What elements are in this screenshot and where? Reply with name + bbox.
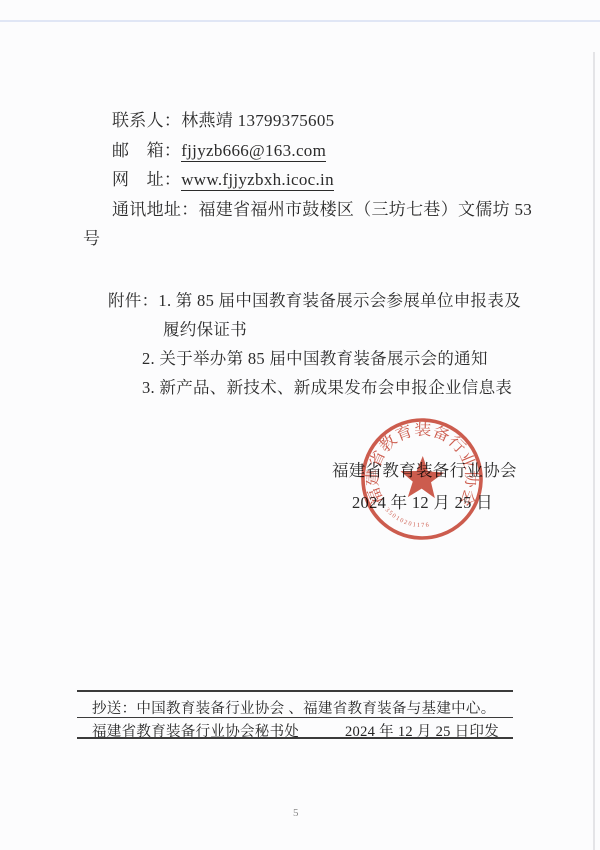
attachment-line-3: 3. 新产品、新技术、新成果发布会申报企业信息表 (142, 378, 512, 398)
attachment-item-2: 2. 关于举办第 85 届中国教育装备展示会的通知 (142, 349, 488, 368)
scan-artifact-vertical-line (593, 52, 595, 850)
address-value: 福建省福州市鼓楼区（三坊七巷）文儒坊 53 (199, 200, 533, 219)
official-seal: 福建省教育装备行业协会 35010201176 (356, 413, 488, 545)
address-overflow-line: 号 (83, 229, 100, 249)
address-line: 通讯地址：福建省福州市鼓楼区（三坊七巷）文儒坊 53 (112, 200, 532, 220)
seal-star-icon (399, 455, 444, 498)
website-value: www.fjjyzbxh.icoc.in (181, 170, 334, 191)
attachment-item-1: 1. 第 85 届中国教育装备展示会参展单位申报表及 (158, 291, 521, 310)
footer-rule-top (77, 690, 513, 692)
email-label: 邮 箱： (112, 141, 181, 160)
contact-person-line: 联系人：林燕靖 13799375605 (112, 111, 334, 131)
website-label: 网 址： (112, 170, 181, 189)
attachments-heading: 附件： (108, 291, 158, 310)
contact-person-label: 联系人： (112, 111, 181, 130)
footer-cc-text: 抄送：中国教育装备行业协会 、福建省教育装备与基建中心。 (92, 701, 496, 717)
footer-cc-line: 抄送：中国教育装备行业协会 、福建省教育装备与基建中心。 (92, 697, 496, 718)
document-page: 联系人：林燕靖 13799375605 邮 箱：fjjyzb666@163.co… (0, 0, 600, 850)
address-overflow: 号 (83, 229, 100, 248)
email-value: fjjyzb666@163.com (181, 141, 326, 162)
page-number: 5 (293, 807, 299, 819)
seal-code-text: 35010201176 (383, 506, 431, 529)
attachment-line-1-wrap: 履约保证书 (163, 320, 247, 340)
attachment-item-3: 3. 新产品、新技术、新成果发布会申报企业信息表 (142, 378, 512, 397)
footer-rule-bottom (77, 737, 513, 739)
email-line: 邮 箱：fjjyzb666@163.com (112, 141, 326, 161)
contact-person-value: 林燕靖 13799375605 (181, 111, 334, 130)
attachment-line-2: 2. 关于举办第 85 届中国教育装备展示会的通知 (142, 349, 488, 369)
address-label: 通讯地址： (112, 200, 199, 219)
scan-artifact-horizontal-line (0, 20, 600, 22)
attachment-item-1-continued: 履约保证书 (163, 320, 247, 339)
footer-rule-middle (77, 717, 513, 718)
attachment-line-1: 附件：1. 第 85 届中国教育装备展示会参展单位申报表及 (108, 291, 521, 311)
website-line: 网 址：www.fjjyzbxh.icoc.in (112, 170, 334, 190)
